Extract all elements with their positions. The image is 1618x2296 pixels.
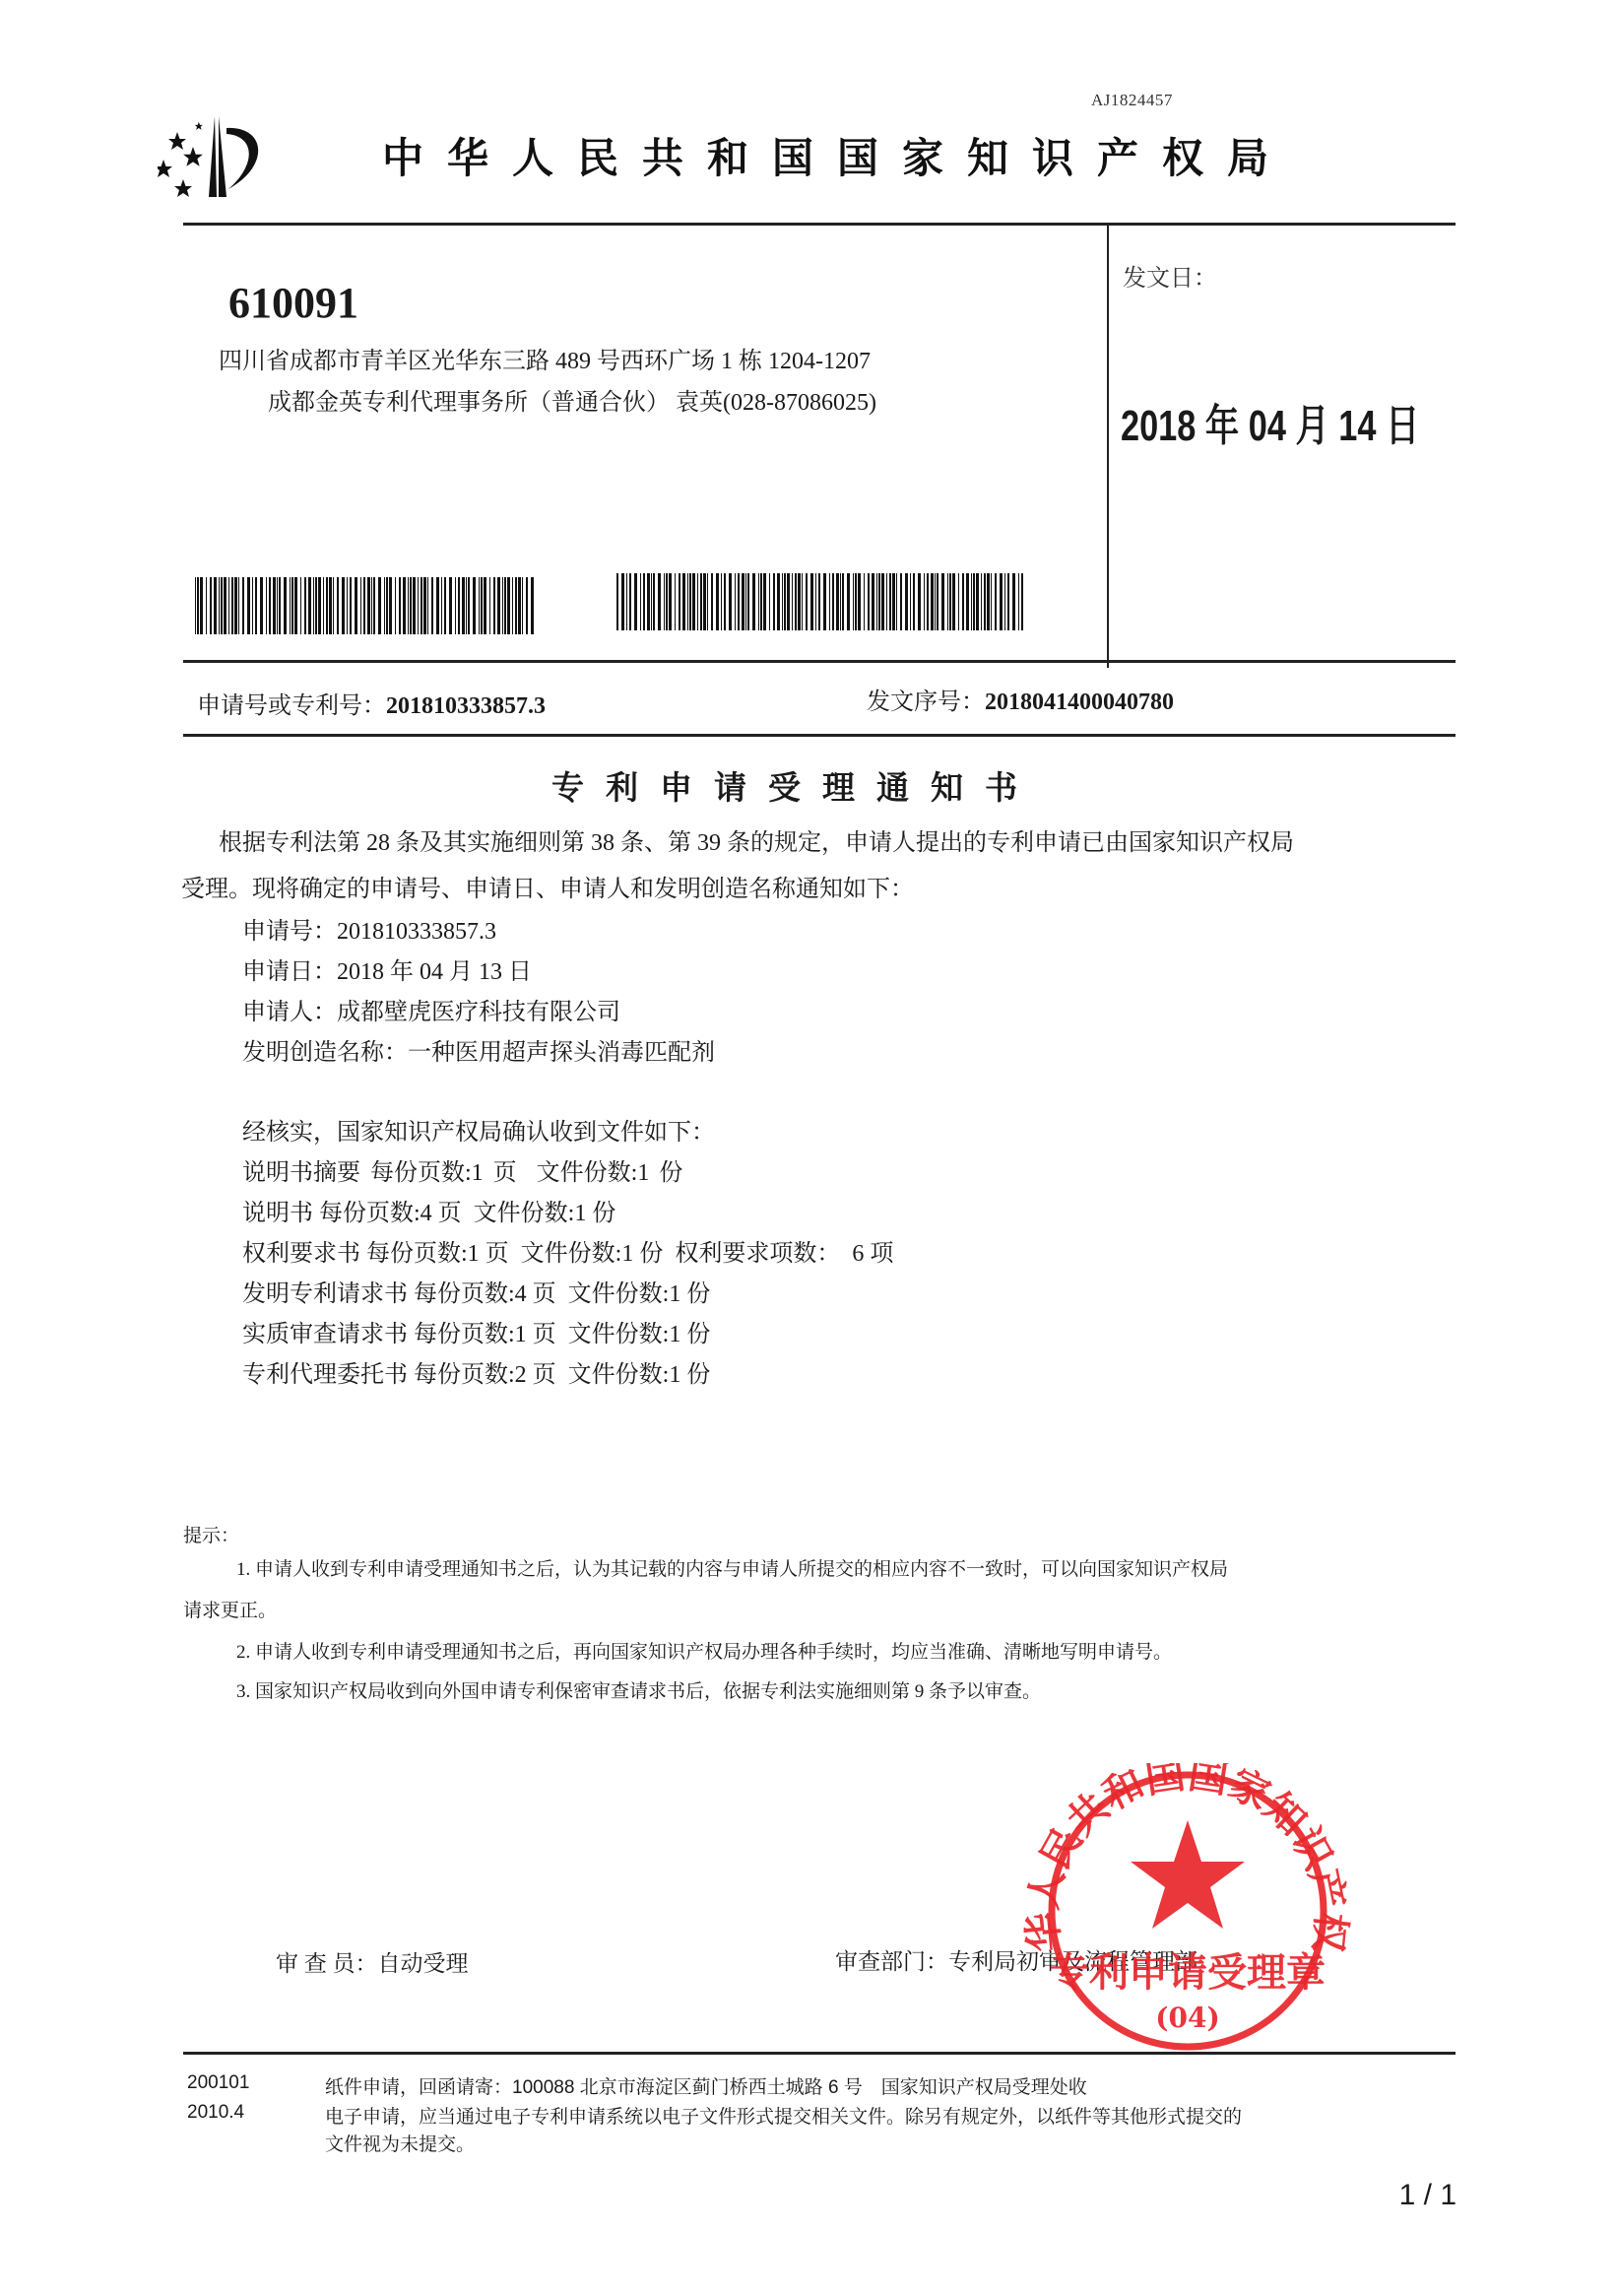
file-name: 发明专利请求书 [242, 1281, 408, 1307]
serial-number: AJ1824457 [1091, 91, 1173, 110]
postcode: 610091 [228, 278, 358, 328]
file-name: 专利代理委托书 [242, 1362, 408, 1388]
file-copies: 文件份数:1 份 [521, 1241, 664, 1267]
field-value: 一种医用超声探头消毒匹配剂 [408, 1040, 715, 1066]
file-name: 说明书摘要 [242, 1160, 360, 1186]
file-copies: 文件份数:1 份 [474, 1201, 616, 1226]
field-application-number: 申请号：201810333857.3 [242, 920, 496, 944]
field-value: 201810333857.3 [337, 919, 496, 945]
received-file-row: 说明书摘要 每份页数:1 页 文件份数:1 份 [242, 1161, 682, 1185]
field-label: 申请日： [242, 959, 337, 985]
dispatch-serial-number: 2018041400040780 [985, 689, 1174, 715]
intro-line-1: 根据专利法第 28 条及其实施细则第 38 条、第 39 条的规定，申请人提出的… [219, 831, 1294, 855]
file-name: 权利要求书 [242, 1241, 360, 1267]
file-name: 说明书 [242, 1201, 313, 1226]
footer-paper-filing: 纸件申请，回函请寄：100088 北京市海淀区蓟门桥西土城路 6 号 国家知识产… [325, 2072, 1087, 2099]
document-title: 专利申请受理通知书 [551, 762, 1039, 809]
form-version: 2010.4 [187, 2102, 244, 2124]
file-copies: 文件份数:1 份 [537, 1160, 683, 1186]
cnipa-logo-icon [158, 106, 276, 205]
application-number-row: 申请号或专利号：201810333857.3 [197, 686, 546, 720]
received-file-row: 实质审查请求书 每份页数:1 页 文件份数:1 份 [242, 1323, 710, 1346]
issue-date: 2018 年 04 月 14 日 [1121, 390, 1419, 453]
mailing-address: 四川省成都市青羊区光华东三路 489 号西环广场 1 栋 1204-1207 [219, 341, 871, 375]
file-name: 实质审查请求书 [242, 1322, 408, 1347]
claim-count: 权利要求项数： 6 项 [675, 1241, 893, 1267]
barcode-2 [616, 573, 1026, 630]
file-pages: 每份页数:4 页 [319, 1201, 462, 1226]
application-number-label: 申请号或专利号： [197, 693, 386, 719]
svg-text:(04): (04) [1155, 2001, 1219, 2034]
barcode-divider [183, 660, 1456, 663]
footer-electronic-filing: 电子申请，应当通过电子专利申请系统以电子文件形式提交相关文件。除另有规定外，以纸… [325, 2102, 1242, 2129]
field-value: 2018 年 04 月 13 日 [337, 959, 532, 985]
agency-contact: 成都金英专利代理事务所（普通合伙） 袁英(028-87086025) [268, 382, 876, 417]
seal-star-icon [1131, 1820, 1245, 1929]
received-file-row: 权利要求书 每份页数:1 页 文件份数:1 份 权利要求项数： 6 项 [242, 1242, 893, 1266]
field-filing-date: 申请日：2018 年 04 月 13 日 [242, 960, 532, 984]
footer-electronic-filing-cont: 文件视为未提交。 [325, 2130, 475, 2156]
agency-name: 中华人民共和国国家知识产权局 [382, 126, 1292, 185]
tip-3: 3. 国家知识产权局收到向外国申请专利保密审查请求书后，依据专利法实施细则第 9… [236, 1676, 1041, 1703]
file-pages: 每份页数:1 页 [366, 1241, 509, 1267]
tip-1-continued: 请求更正。 [183, 1596, 277, 1622]
form-code: 200101 [187, 2072, 249, 2094]
examiner: 审 查 员：自动受理 [276, 1952, 469, 1975]
dispatch-serial-label: 发文序号： [867, 689, 985, 715]
file-copies: 文件份数:1 份 [568, 1281, 711, 1307]
field-label: 发明创造名称： [242, 1040, 408, 1066]
file-copies: 文件份数:1 份 [568, 1322, 711, 1347]
field-value: 成都壁虎医疗科技有限公司 [337, 1000, 620, 1025]
dispatch-serial-row: 发文序号：2018041400040780 [867, 682, 1174, 716]
issue-date-label: 发文日： [1123, 258, 1217, 293]
header-divider [183, 223, 1456, 226]
received-file-row: 发明专利请求书 每份页数:4 页 文件份数:1 份 [242, 1282, 710, 1306]
field-applicant: 申请人：成都壁虎医疗科技有限公司 [242, 1001, 620, 1024]
file-pages: 每份页数:1 页 [370, 1160, 517, 1186]
field-label: 申请人： [242, 1000, 337, 1025]
tip-2: 2. 申请人收到专利申请受理通知书之后，再向国家知识产权局办理各种手续时，均应当… [236, 1637, 1172, 1664]
file-pages: 每份页数:2 页 [414, 1362, 556, 1388]
svg-text:中华人民共和国国家知识产权局: 中华人民共和国国家知识产权局 [995, 1763, 1353, 1954]
official-seal: 中华人民共和国国家知识产权局 专利申请受理章 (04) [995, 1763, 1398, 2068]
page-number: 1 / 1 [1399, 2179, 1456, 2212]
received-files-intro: 经核实，国家知识产权局确认收到文件如下： [242, 1121, 715, 1145]
barcode-1 [195, 577, 538, 634]
field-invention-title: 发明创造名称：一种医用超声探头消毒匹配剂 [242, 1041, 715, 1065]
tip-1: 1. 申请人收到专利申请受理通知书之后，认为其记载的内容与申请人所提交的相应内容… [236, 1554, 1228, 1581]
received-file-row: 专利代理委托书 每份页数:2 页 文件份数:1 份 [242, 1363, 710, 1387]
intro-line-2: 受理。现将确定的申请号、申请日、申请人和发明创造名称通知如下： [181, 878, 914, 901]
reference-divider [183, 734, 1456, 737]
file-copies: 文件份数:1 份 [568, 1362, 711, 1388]
svg-text:专利申请受理章: 专利申请受理章 [1050, 1950, 1326, 1996]
tips-heading: 提示： [183, 1521, 239, 1547]
examiner-value: 自动受理 [378, 1951, 469, 1976]
field-label: 申请号： [242, 919, 337, 945]
examiner-label: 审 查 员： [276, 1951, 378, 1976]
received-file-row: 说明书 每份页数:4 页 文件份数:1 份 [242, 1202, 615, 1225]
date-column-divider [1107, 223, 1109, 668]
department-label: 审查部门： [835, 1949, 948, 1974]
file-pages: 每份页数:4 页 [414, 1281, 556, 1307]
file-pages: 每份页数:1 页 [414, 1322, 556, 1347]
application-number: 201810333857.3 [386, 693, 546, 719]
footer-divider [183, 2052, 1456, 2055]
